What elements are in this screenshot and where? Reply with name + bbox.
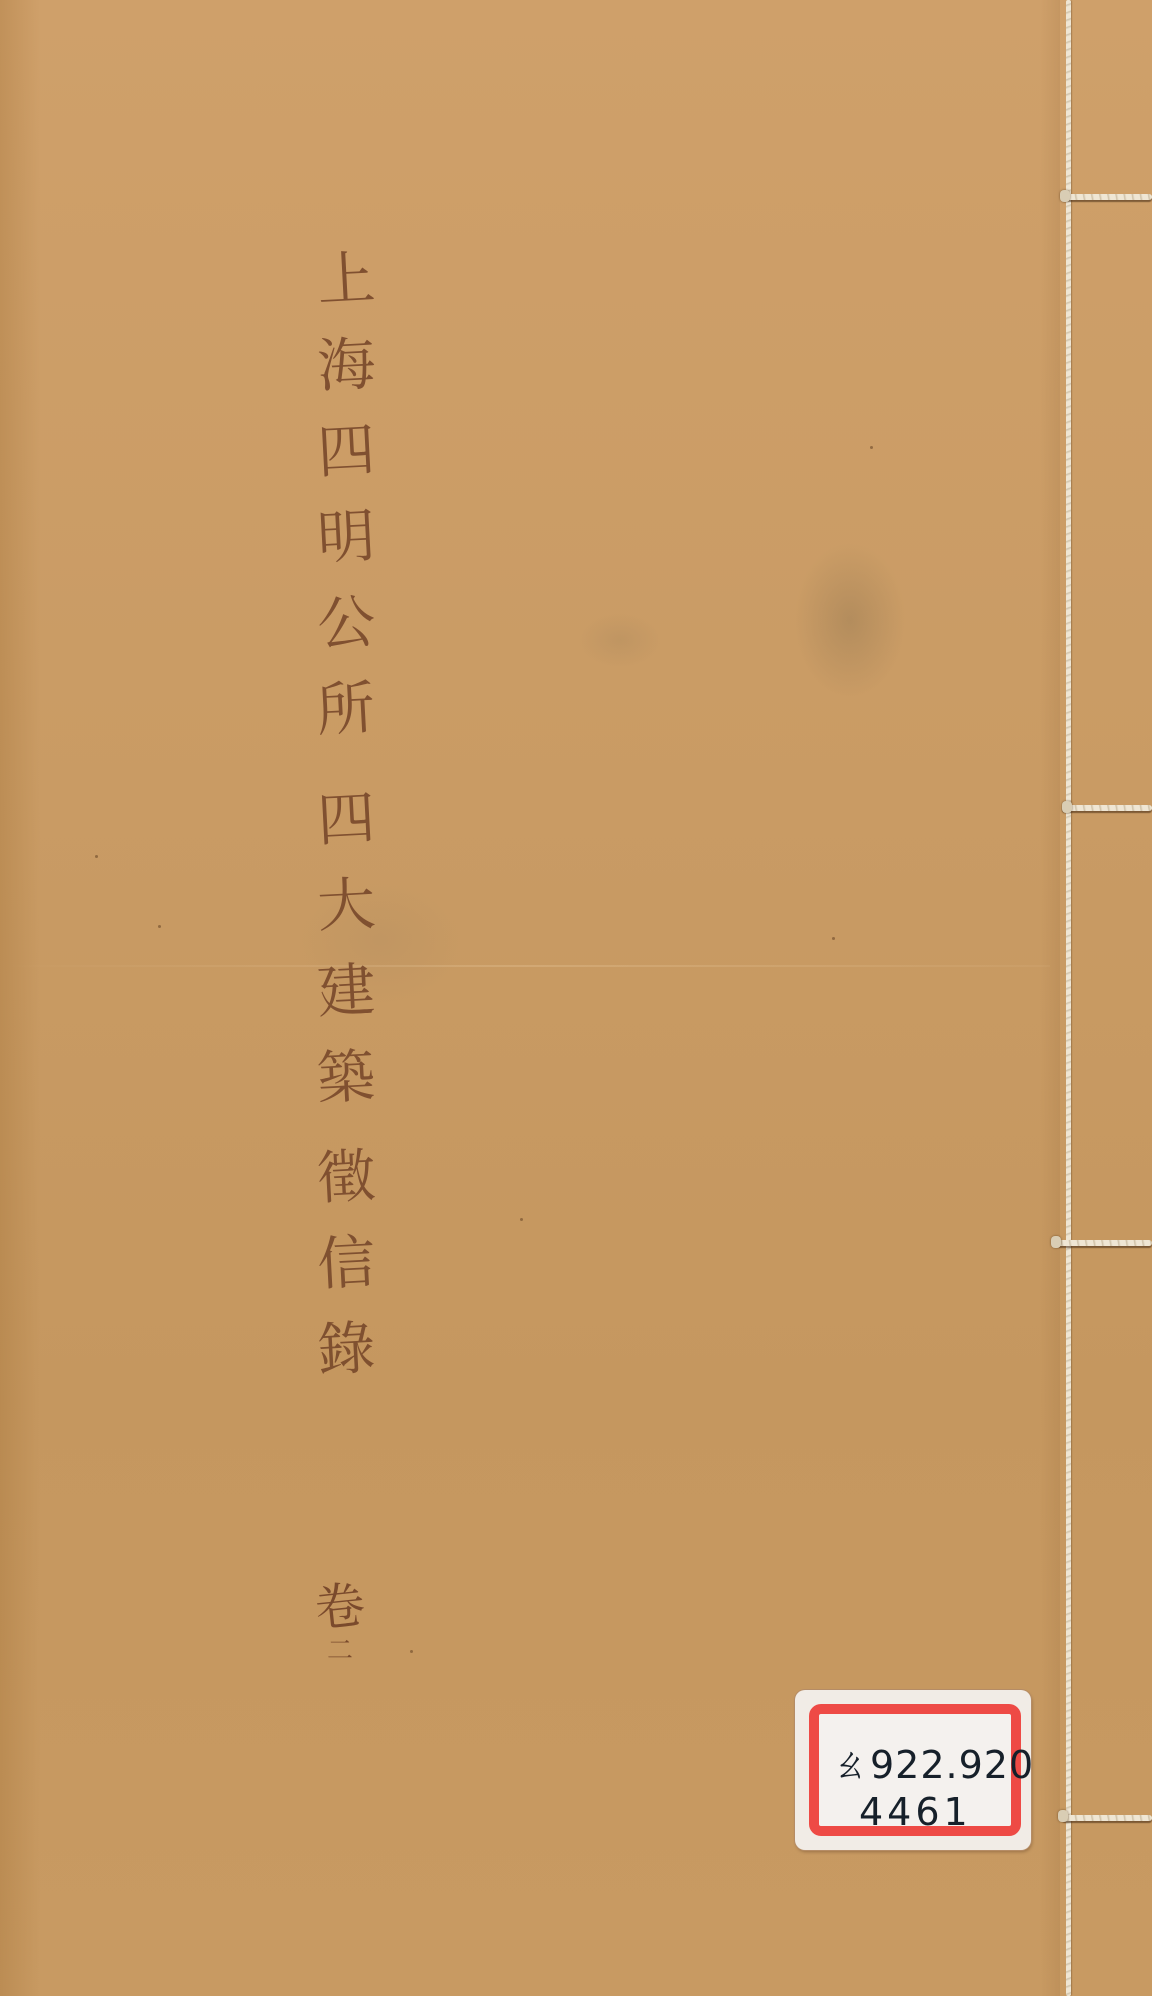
- paper-speck: [870, 446, 873, 449]
- binding-knot-1: [1060, 190, 1070, 202]
- binding-stitch-4: [1062, 1815, 1152, 1821]
- binding-stitch-3: [1056, 1240, 1152, 1246]
- binding-thread-vertical: [1066, 0, 1071, 1996]
- fold-crease: [0, 965, 1050, 967]
- title-char: 信: [316, 1233, 378, 1322]
- spine-edge-shadow: [1040, 0, 1060, 1996]
- title-char: 海: [316, 335, 378, 424]
- handwritten-title: 上 海 四 明 公 所 四 大 建 築 徵 信 錄: [292, 250, 402, 1406]
- volume-label: 卷: [313, 1580, 368, 1635]
- title-char: 所: [315, 679, 379, 792]
- call-number-line-2: 4461: [859, 1790, 972, 1834]
- title-char: 徵: [316, 1147, 378, 1236]
- paper-speck: [158, 925, 161, 928]
- binding-knot-3: [1051, 1236, 1061, 1248]
- volume-marker: 卷 二: [300, 1582, 380, 1664]
- call-number-label: ㄠ922.920 4461: [795, 1690, 1031, 1850]
- title-char: 錄: [316, 1319, 378, 1408]
- paper-speck: [832, 937, 835, 940]
- call-number-line-1: ㄠ922.920: [831, 1734, 1031, 1789]
- title-char: 建: [316, 961, 378, 1050]
- volume-number: 二: [327, 1638, 353, 1664]
- binding-knot-4: [1058, 1810, 1068, 1822]
- title-char: 四: [316, 421, 378, 510]
- title-char: 大: [316, 875, 378, 964]
- binding-knot-2: [1062, 801, 1072, 813]
- title-char: 上: [316, 249, 378, 338]
- title-char: 築: [315, 1047, 378, 1150]
- title-char: 公: [316, 593, 378, 682]
- paper-speck: [520, 1218, 523, 1221]
- title-char: 四: [316, 789, 378, 878]
- binding-stitch-1: [1062, 194, 1152, 200]
- paper-speck: [410, 1650, 413, 1653]
- paper-speck: [95, 855, 98, 858]
- title-char: 明: [316, 507, 378, 596]
- binding-stitch-2: [1062, 805, 1152, 811]
